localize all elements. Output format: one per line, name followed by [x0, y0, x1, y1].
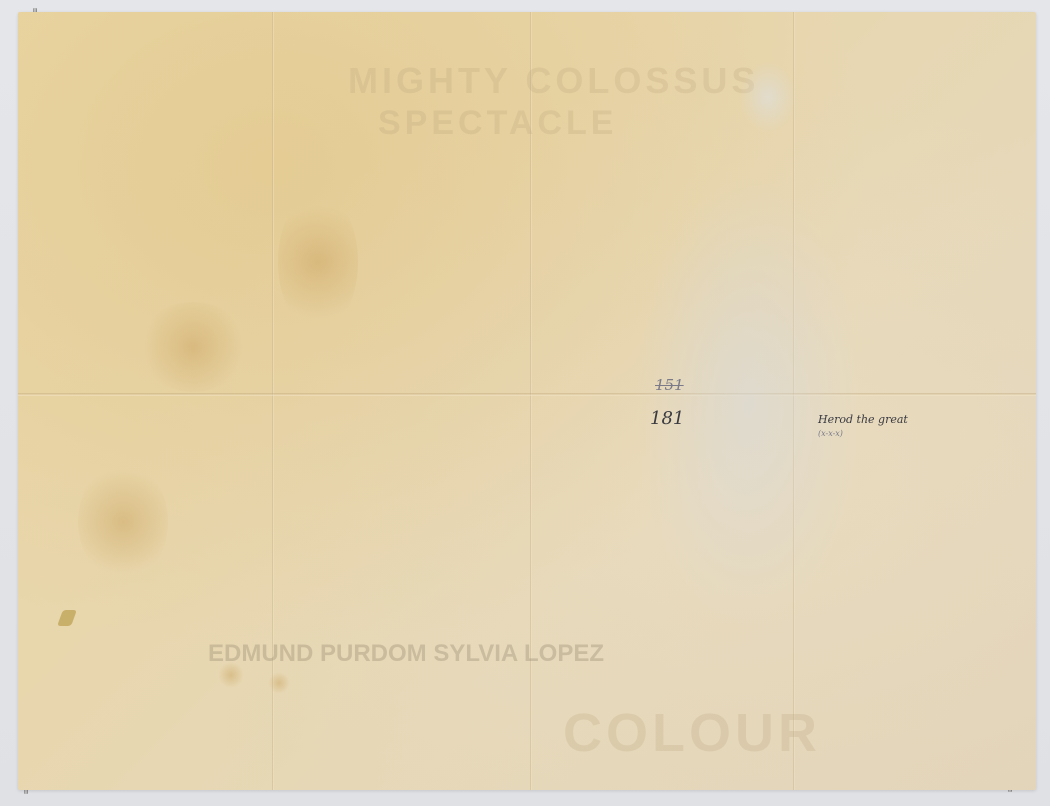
show-through-figure [578, 42, 908, 682]
handwritten-note-sub: (x-x-x) [818, 429, 843, 438]
water-stain [218, 662, 244, 688]
fold-line-horizontal [18, 393, 1036, 396]
show-through-title-2: SPECTACLE [378, 104, 617, 143]
paper-tear [57, 610, 77, 626]
handwritten-note: Herod the great [818, 413, 908, 426]
water-stain [78, 462, 168, 582]
water-stain [138, 302, 248, 392]
fold-line-vertical-3 [793, 12, 795, 790]
handwritten-number: 181 [650, 408, 684, 429]
show-through-credits: EDMUND PURDOM SYLVIA LOPEZ [208, 640, 604, 668]
water-stain [278, 192, 358, 332]
poster-back: MIGHTY COLOSSUS SPECTACLE EDMUND PURDOM … [18, 12, 1036, 790]
show-through-title-1: MIGHTY COLOSSUS [348, 60, 759, 102]
handwritten-crossed-number: 151 [655, 376, 684, 394]
water-stain [268, 672, 290, 694]
show-through-bottom-word: COLOUR [563, 702, 821, 764]
